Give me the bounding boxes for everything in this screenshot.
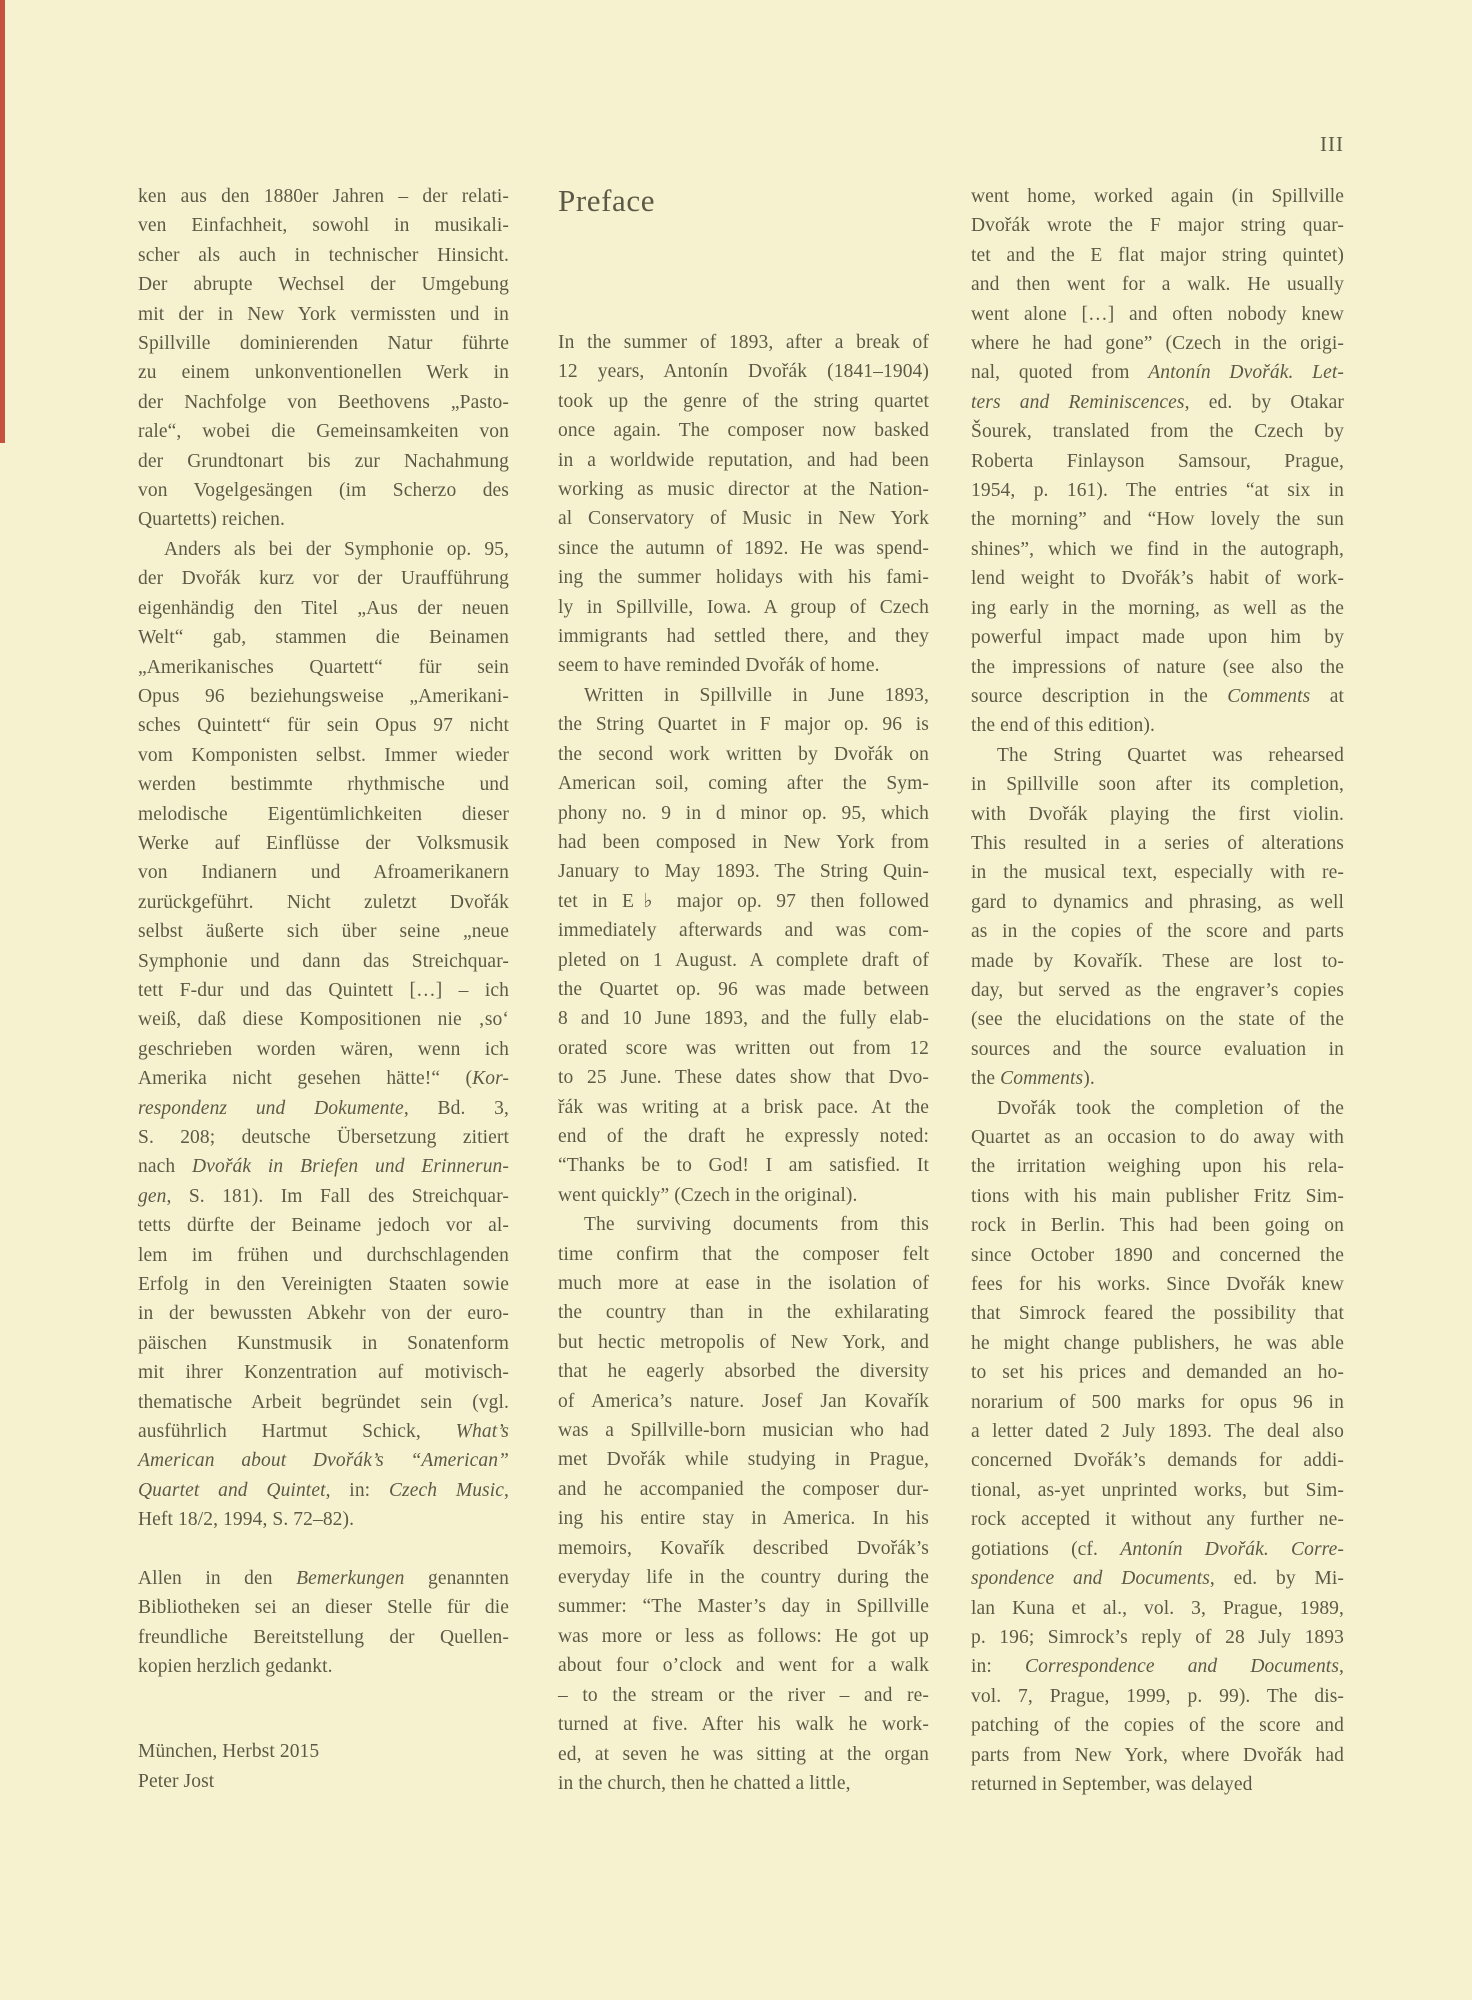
text-segment: al Conservatory of Music in New York [558, 508, 929, 529]
text-line: tions with his main publisher Fritz Sim- [971, 1182, 1344, 1211]
text-segment: parts from New York, where Dvořák had [971, 1745, 1344, 1766]
text-line: Welt“ gab, stammen die Beinamen [138, 623, 509, 652]
text-line: gen, S. 181). Im Fall des Streichquar- [138, 1182, 509, 1211]
text-segment: Der abrupte Wechsel der Umgebung [138, 274, 509, 295]
text-line: al Conservatory of Music in New York [558, 504, 929, 533]
text-segment: made by Kovařík. These are lost to- [971, 951, 1344, 972]
text-segment: Peter Jost [138, 1771, 214, 1792]
text-line: Werke auf Einflüsse der Volksmusik [138, 829, 509, 858]
text-segment: gotiations (cf. [971, 1539, 1120, 1560]
text-line: “Thanks be to God! I am satisfied. It [558, 1151, 929, 1180]
text-line: geschrieben worden wären, wenn ich [138, 1035, 509, 1064]
text-line: in a worldwide reputation, and had been [558, 446, 929, 475]
text-segment: rock accepted it without any further ne- [971, 1509, 1344, 1530]
text-line: with Dvořák playing the first violin. [971, 800, 1344, 829]
text-line: Heft 18/2, 1994, S. 72–82). [138, 1505, 509, 1534]
text-line: source description in the Comments at [971, 682, 1344, 711]
text-line: The surviving documents from this [558, 1210, 929, 1239]
text-segment: immediately afterwards and was com- [558, 920, 929, 941]
text-segment: orated score was written out from 12 [558, 1038, 929, 1059]
text-segment: Spillville dominierenden Natur führte [138, 333, 509, 354]
text-line: Roberta Finlayson Samsour, Prague, [971, 447, 1344, 476]
text-line: Šourek, translated from the Czech by [971, 417, 1344, 446]
text-line: rock in Berlin. This had been going on [971, 1211, 1344, 1240]
text-segment: patching of the copies of the score and [971, 1715, 1344, 1736]
text-segment: was more or less as follows: He got up [558, 1626, 929, 1647]
text-segment: in the musical text, especially with re- [971, 862, 1344, 883]
text-line: freundliche Bereitstellung der Quellen- [138, 1623, 509, 1652]
text-line: tional, as-yet unprinted works, but Sim- [971, 1476, 1344, 1505]
text-line: was more or less as follows: He got up [558, 1622, 929, 1651]
text-segment: lend weight to Dvořák’s habit of work- [971, 568, 1344, 589]
text-segment: Opus 96 beziehungsweise „Amerikani- [138, 686, 509, 707]
text-line: he might change publishers, he was able [971, 1329, 1344, 1358]
text-segment: memoirs, Kovařík described Dvořák’s [558, 1538, 929, 1559]
text-line: ken aus den 1880er Jahren – der relati- [138, 182, 509, 211]
text-line: vom Komponisten selbst. Immer wieder [138, 741, 509, 770]
text-line: ing his entire stay in America. In his [558, 1504, 929, 1533]
scan-edge-artifact [0, 0, 5, 443]
text-segment: the end of this edition). [971, 715, 1155, 736]
text-segment: tional, as-yet unprinted works, but Sim- [971, 1480, 1344, 1501]
text-segment: zurückgeführt. Nicht zuletzt Dvořák [138, 892, 509, 913]
text-segment: everyday life in the country during the [558, 1567, 929, 1588]
text-line: to 25 June. These dates show that Dvo- [558, 1063, 929, 1092]
text-line: Dvořák took the completion of the [971, 1094, 1344, 1123]
text-segment: spondence and Documents [971, 1568, 1210, 1589]
text-segment: tet and the E flat major string quintet) [971, 245, 1344, 266]
text-line: that he eagerly absorbed the diversity [558, 1357, 929, 1386]
text-line: The String Quartet was rehearsed [971, 741, 1344, 770]
text-line: This resulted in a series of alterations [971, 829, 1344, 858]
text-line: lan Kuna et al., vol. 3, Prague, 1989, [971, 1594, 1344, 1623]
text-line: spondence and Documents, ed. by Mi- [971, 1564, 1344, 1593]
text-line: but hectic metropolis of New York, and [558, 1328, 929, 1357]
text-line: tet and the E flat major string quintet) [971, 241, 1344, 270]
text-line: January to May 1893. The String Quin- [558, 857, 929, 886]
text-segment: norarium of 500 marks for opus 96 in [971, 1392, 1344, 1413]
text-line: of America’s nature. Josef Jan Kovařík [558, 1387, 929, 1416]
text-segment: Anders als bei der Symphonie op. 95, [164, 539, 509, 560]
text-line: mit der in New York vermissten und in [138, 300, 509, 329]
text-line: went home, worked again (in Spillville [971, 182, 1344, 211]
text-segment: to set his prices and demanded an ho- [971, 1362, 1344, 1383]
text-segment: nal, quoted from [971, 362, 1148, 383]
text-line: orated score was written out from 12 [558, 1034, 929, 1063]
text-segment: the [971, 1068, 1000, 1089]
english-text-block-1: In the summer of 1893, after a break of1… [558, 328, 929, 1798]
text-line: much more at ease in the isolation of [558, 1269, 929, 1298]
text-line: 12 years, Antonín Dvořák (1841–1904) [558, 357, 929, 386]
text-segment: that Simrock feared the possibility that [971, 1303, 1344, 1324]
text-segment: took up the genre of the string quartet [558, 391, 929, 412]
text-line: phony no. 9 in d minor op. 95, which [558, 799, 929, 828]
text-segment: and then went for a walk. He usually [971, 274, 1344, 295]
text-line: mit ihrer Konzentration auf motivisch- [138, 1358, 509, 1387]
text-line: sches Quintett“ für sein Opus 97 nicht [138, 711, 509, 740]
text-line: Dvořák wrote the F major string quar- [971, 211, 1344, 240]
text-segment: as in the copies of the score and parts [971, 921, 1344, 942]
text-segment: Comments [1227, 686, 1310, 707]
text-segment: von Indianern und Afroamerikanern [138, 862, 509, 883]
text-segment: , [504, 1480, 509, 1501]
text-line: selbst äußerte sich über seine „neue [138, 917, 509, 946]
text-line: memoirs, Kovařík described Dvořák’s [558, 1534, 929, 1563]
text-segment: went alone […] and often nobody knew [971, 304, 1344, 325]
text-segment: , S. 181). Im Fall des Streichquar- [166, 1186, 509, 1207]
text-segment: tett F-dur und das Quintett […] – ich [138, 980, 509, 1001]
text-segment: nach [138, 1156, 192, 1177]
text-line: „Amerikanisches Quartett“ für sein [138, 653, 509, 682]
text-segment: tetts dürfte der Beiname jedoch vor al- [138, 1215, 509, 1236]
text-segment: January to May 1893. The String Quin- [558, 861, 929, 882]
text-segment: Dvořák took the completion of the [997, 1098, 1344, 1119]
text-segment: summer: “The Master’s day in Spillville [558, 1596, 929, 1617]
text-line: weiß, daß diese Kompositionen nie ‚so‘ [138, 1005, 509, 1034]
text-line: rock accepted it without any further ne- [971, 1505, 1344, 1534]
text-line: and then went for a walk. He usually [971, 270, 1344, 299]
text-line: summer: “The Master’s day in Spillville [558, 1592, 929, 1621]
text-line: kopien herzlich gedankt. [138, 1652, 509, 1681]
text-line: in the church, then he chatted a little, [558, 1769, 929, 1798]
text-line: a letter dated 2 July 1893. The deal als… [971, 1417, 1344, 1446]
text-segment: Antonín Dvořák. Let- [1148, 362, 1344, 383]
text-segment: ters and Reminiscences [971, 392, 1185, 413]
text-segment: the morning” and “How lovely the sun [971, 509, 1344, 530]
text-line: München, Herbst 2015 [138, 1737, 509, 1766]
text-segment: The surviving documents from this [584, 1214, 929, 1235]
text-line: fees for his works. Since Dvořák knew [971, 1270, 1344, 1299]
text-segment: he might change publishers, he was able [971, 1333, 1344, 1354]
text-segment: gard to dynamics and phrasing, as well [971, 892, 1344, 913]
text-line: ters and Reminiscences, ed. by Otakar [971, 388, 1344, 417]
text-segment: S. 208; deutsche Übersetzung zitiert [138, 1127, 509, 1148]
text-segment: at [1310, 686, 1344, 707]
text-segment: mit ihrer Konzentration auf motivisch- [138, 1362, 509, 1383]
text-segment: Allen in den [138, 1568, 296, 1589]
text-segment: in the church, then he chatted a little, [558, 1773, 851, 1794]
text-segment: , [1339, 1656, 1344, 1677]
text-segment: respondenz und Dokumente [138, 1098, 404, 1119]
text-segment: What’s [456, 1421, 509, 1442]
text-segment: about four o’clock and went for a walk [558, 1655, 929, 1676]
text-segment: shines”, which we find in the autograph, [971, 539, 1344, 560]
text-line: sources and the source evaluation in [971, 1035, 1344, 1064]
text-segment: (see the elucidations on the state of th… [971, 1009, 1344, 1030]
text-segment: der Dvořák kurz vor der Uraufführung [138, 568, 509, 589]
text-segment: Welt“ gab, stammen die Beinamen [138, 627, 509, 648]
text-segment: ing his entire stay in America. In his [558, 1508, 929, 1529]
text-line: In the summer of 1893, after a break of [558, 328, 929, 357]
preface-heading: Preface [558, 182, 929, 220]
text-line: had been composed in New York from [558, 828, 929, 857]
text-segment: “Thanks be to God! I am satisfied. It [558, 1155, 929, 1176]
text-segment: rock in Berlin. This had been going on [971, 1215, 1344, 1236]
text-segment: sches Quintett“ für sein Opus 97 nicht [138, 715, 509, 736]
text-segment: zu einem unkonventionellen Werk in [138, 362, 509, 383]
text-line: nach Dvořák in Briefen und Erinnerun- [138, 1152, 509, 1181]
text-segment: a letter dated 2 July 1893. The deal als… [971, 1421, 1344, 1442]
text-segment: p. 196; Simrock’s reply of 28 July 1893 [971, 1627, 1344, 1648]
text-segment: Written in Spillville in June 1893, [584, 685, 929, 706]
text-segment: , ed. by Otakar [1185, 392, 1344, 413]
page-number: III [1244, 132, 1344, 157]
text-segment: went home, worked again (in Spillville [971, 186, 1344, 207]
text-segment: sources and the source evaluation in [971, 1039, 1344, 1060]
text-line: lem im frühen und durchschlagenden [138, 1241, 509, 1270]
text-segment: , in: [326, 1480, 389, 1501]
text-line: end of the draft he expressly noted: [558, 1122, 929, 1151]
text-line: – to the stream or the river – and re- [558, 1681, 929, 1710]
text-line: Quartetts) reichen. [138, 505, 509, 534]
text-segment: immigrants had settled there, and they [558, 626, 929, 647]
text-segment: Antonín Dvořák. Corre- [1120, 1539, 1344, 1560]
text-segment: fees for his works. Since Dvořák knew [971, 1274, 1344, 1295]
text-line: about four o’clock and went for a walk [558, 1651, 929, 1680]
text-segment: mit der in New York vermissten und in [138, 304, 509, 325]
text-line: päischen Kunstmusik in Sonatenform [138, 1329, 509, 1358]
text-segment: Dvořák in Briefen und Erinnerun- [192, 1156, 509, 1177]
text-line: and he accompanied the composer dur- [558, 1475, 929, 1504]
text-segment: ausführlich Hartmut Schick, [138, 1421, 456, 1442]
text-line: met Dvořák while studying in Prague, [558, 1445, 929, 1474]
text-line: immigrants had settled there, and they [558, 622, 929, 651]
text-line: ing the summer holidays with his fami- [558, 563, 929, 592]
text-line: Opus 96 beziehungsweise „Amerikani- [138, 682, 509, 711]
text-segment: Amerika nicht gesehen hätte!“ ( [138, 1068, 472, 1089]
text-segment: Comments [1000, 1068, 1083, 1089]
text-line: the impressions of nature (see also the [971, 653, 1344, 682]
text-line: ven Einfachheit, sowohl in musikali- [138, 211, 509, 240]
text-line: was a Spillville-born musician who had [558, 1416, 929, 1445]
text-line: Quartet and Quintet, in: Czech Music, [138, 1476, 509, 1505]
text-segment: , Bd. 3, [404, 1098, 509, 1119]
text-segment: the String Quartet in F major op. 96 is [558, 714, 929, 735]
text-segment: Roberta Finlayson Samsour, Prague, [971, 451, 1344, 472]
text-segment: ). [1083, 1068, 1095, 1089]
text-segment: end of the draft he expressly noted: [558, 1126, 929, 1147]
text-segment: went quickly” (Czech in the original). [558, 1185, 857, 1206]
text-segment: much more at ease in the isolation of [558, 1273, 929, 1294]
text-line: in Spillville soon after its completion, [971, 770, 1344, 799]
text-line: since the autumn of 1892. He was spend- [558, 534, 929, 563]
text-line: norarium of 500 marks for opus 96 in [971, 1388, 1344, 1417]
text-segment: in a worldwide reputation, and had been [558, 450, 929, 471]
text-segment: freundliche Bereitstellung der Quellen- [138, 1627, 509, 1648]
text-segment: 1954, p. 161). The entries “at six in [971, 480, 1344, 501]
text-line: Spillville dominierenden Natur führte [138, 329, 509, 358]
text-line: ausführlich Hartmut Schick, What’s [138, 1417, 509, 1446]
text-line: where he had gone” (Czech in the origi- [971, 329, 1344, 358]
text-segment: „Amerikanisches Quartett“ für sein [138, 657, 509, 678]
text-segment: Heft 18/2, 1994, S. 72–82). [138, 1509, 354, 1530]
text-segment: Bemerkungen [296, 1568, 404, 1589]
text-segment: in: [971, 1656, 1025, 1677]
english-preface-column-1: Preface In the summer of 1893, after a b… [558, 182, 929, 1798]
text-segment: returned in September, was delayed [971, 1774, 1252, 1795]
text-line: Bibliotheken sei an dieser Stelle für di… [138, 1593, 509, 1622]
text-segment: der Nachfolge von Beethovens „Pasto- [138, 392, 509, 413]
text-line: 8 and 10 June 1893, and the fully elab- [558, 1004, 929, 1033]
text-line: Anders als bei der Symphonie op. 95, [138, 535, 509, 564]
text-line: thematische Arbeit begründet sein (vgl. [138, 1388, 509, 1417]
text-line: tetts dürfte der Beiname jedoch vor al- [138, 1211, 509, 1240]
text-segment: American soil, coming after the Sym- [558, 773, 929, 794]
text-segment: Symphonie und dann das Streichquar- [138, 951, 509, 972]
text-line: Erfolg in den Vereinigten Staaten sowie [138, 1270, 509, 1299]
text-line: in: Correspondence and Documents, [971, 1652, 1344, 1681]
text-segment: with Dvořák playing the first violin. [971, 804, 1344, 825]
text-line: as in the copies of the score and parts [971, 917, 1344, 946]
text-line: vol. 7, Prague, 1999, p. 99). The dis- [971, 1682, 1344, 1711]
text-line: to set his prices and demanded an ho- [971, 1358, 1344, 1387]
text-segment: American about Dvořák’s “American” [138, 1450, 509, 1471]
text-segment: rale“, wobei die Gemeinsamkeiten von [138, 421, 509, 442]
text-segment: day, but served as the engraver’s copies [971, 980, 1344, 1001]
text-line: Written in Spillville in June 1893, [558, 681, 929, 710]
text-line: the morning” and “How lovely the sun [971, 505, 1344, 534]
text-segment: This resulted in a series of alterations [971, 833, 1344, 854]
text-segment: pleted on 1 August. A complete draft of [558, 950, 929, 971]
text-line: tett F-dur und das Quintett […] – ich [138, 976, 509, 1005]
text-line: the Quartet op. 96 was made between [558, 975, 929, 1004]
text-line: Peter Jost [138, 1767, 509, 1796]
text-line: p. 196; Simrock’s reply of 28 July 1893 [971, 1623, 1344, 1652]
text-line: melodische Eigentümlichkeiten dieser [138, 800, 509, 829]
text-line: ly in Spillville, Iowa. A group of Czech [558, 593, 929, 622]
text-segment: working as music director at the Nation- [558, 479, 929, 500]
text-segment: source description in the [971, 686, 1227, 707]
text-line: werden bestimmte rhythmische und [138, 770, 509, 799]
text-line: ing early in the morning, as well as the [971, 594, 1344, 623]
text-segment: Correspondence and Documents [1025, 1656, 1339, 1677]
text-segment: Bibliotheken sei an dieser Stelle für di… [138, 1597, 509, 1618]
text-line: tet in E♭ major op. 97 then followed [558, 887, 929, 916]
text-segment: the second work written by Dvořák on [558, 744, 929, 765]
text-line: der Grundtonart bis zur Nachahmung [138, 447, 509, 476]
text-segment: genannten [404, 1568, 509, 1589]
text-segment: Šourek, translated from the Czech by [971, 421, 1344, 442]
text-segment: eigenhändig den Titel „Aus der neuen [138, 598, 509, 619]
text-segment: weiß, daß diese Kompositionen nie ‚so‘ [138, 1009, 509, 1030]
text-segment: thematische Arbeit begründet sein (vgl. [138, 1392, 509, 1413]
text-segment: – to the stream or the river – and re- [558, 1685, 929, 1706]
text-segment: Kor- [472, 1068, 509, 1089]
text-line: in the musical text, especially with re- [971, 858, 1344, 887]
text-line: gard to dynamics and phrasing, as well [971, 888, 1344, 917]
text-segment: seem to have reminded Dvořák of home. [558, 655, 880, 676]
text-segment: met Dvořák while studying in Prague, [558, 1449, 929, 1470]
text-segment: von Vogelgesängen (im Scherzo des [138, 480, 509, 501]
text-segment: time confirm that the composer felt [558, 1244, 929, 1265]
text-line: returned in September, was delayed [971, 1770, 1344, 1799]
text-segment: tions with his main publisher Fritz Sim- [971, 1186, 1344, 1207]
text-segment: Werke auf Einflüsse der Volksmusik [138, 833, 509, 854]
text-line: der Nachfolge von Beethovens „Pasto- [138, 388, 509, 417]
text-segment: ing early in the morning, as well as the [971, 598, 1344, 619]
text-line: concerned Dvořák’s demands for addi- [971, 1446, 1344, 1475]
text-line: once again. The composer now basked [558, 416, 929, 445]
text-line: řák was writing at a brisk pace. At the [558, 1093, 929, 1122]
text-segment: turned at five. After his walk he work- [558, 1714, 929, 1735]
text-segment: Quartet as an occasion to do away with [971, 1127, 1344, 1148]
text-segment: melodische Eigentümlichkeiten dieser [138, 804, 509, 825]
text-line: Allen in den Bemerkungen genannten [138, 1564, 509, 1593]
text-line: the Comments). [971, 1064, 1344, 1093]
text-segment: vom Komponisten selbst. Immer wieder [138, 745, 509, 766]
text-segment: Dvořák wrote the F major string quar- [971, 215, 1344, 236]
text-segment: Quartet and Quintet [138, 1480, 326, 1501]
text-line: Symphonie und dann das Streichquar- [138, 947, 509, 976]
text-segment: since October 1890 and concerned the [971, 1245, 1344, 1266]
text-line: time confirm that the composer felt [558, 1240, 929, 1269]
text-line: turned at five. After his walk he work- [558, 1710, 929, 1739]
text-segment: gen [138, 1186, 166, 1207]
text-line: Quartet as an occasion to do away with [971, 1123, 1344, 1152]
text-line: gotiations (cf. Antonín Dvořák. Corre- [971, 1535, 1344, 1564]
text-line: (see the elucidations on the state of th… [971, 1005, 1344, 1034]
text-segment: of America’s nature. Josef Jan Kovařík [558, 1391, 929, 1412]
text-line: the String Quartet in F major op. 96 is [558, 710, 929, 739]
text-segment: 12 years, Antonín Dvořák (1841–1904) [558, 361, 929, 382]
text-segment: lan Kuna et al., vol. 3, Prague, 1989, [971, 1598, 1344, 1619]
text-segment: once again. The composer now basked [558, 420, 929, 441]
text-line: American about Dvořák’s “American” [138, 1446, 509, 1475]
text-line: der Dvořák kurz vor der Uraufführung [138, 564, 509, 593]
german-preface-column: ken aus den 1880er Jahren – der relati-v… [138, 182, 509, 1796]
text-line: working as music director at the Nation- [558, 475, 929, 504]
text-segment: päischen Kunstmusik in Sonatenform [138, 1333, 509, 1354]
text-line: Amerika nicht gesehen hätte!“ (Kor- [138, 1064, 509, 1093]
text-segment: vol. 7, Prague, 1999, p. 99). The dis- [971, 1686, 1344, 1707]
text-segment: since the autumn of 1892. He was spend- [558, 538, 929, 559]
text-segment: ly in Spillville, Iowa. A group of Czech [558, 597, 929, 618]
text-line: von Vogelgesängen (im Scherzo des [138, 476, 509, 505]
text-line: pleted on 1 August. A complete draft of [558, 946, 929, 975]
text-line: rale“, wobei die Gemeinsamkeiten von [138, 417, 509, 446]
text-segment: powerful impact made upon him by [971, 627, 1344, 648]
text-segment: in der bewussten Abkehr von der euro- [138, 1303, 509, 1324]
text-segment: München, Herbst 2015 [138, 1741, 319, 1762]
text-segment: selbst äußerte sich über seine „neue [138, 921, 509, 942]
text-segment: der Grundtonart bis zur Nachahmung [138, 451, 509, 472]
text-segment: werden bestimmte rhythmische und [138, 774, 509, 795]
text-line: took up the genre of the string quartet [558, 387, 929, 416]
english-preface-column-2: went home, worked again (in SpillvilleDv… [971, 182, 1344, 1799]
text-segment: kopien herzlich gedankt. [138, 1656, 333, 1677]
text-line: Der abrupte Wechsel der Umgebung [138, 270, 509, 299]
text-line: the second work written by Dvořák on [558, 740, 929, 769]
text-segment: to 25 June. These dates show that Dvo- [558, 1067, 929, 1088]
text-line: the end of this edition). [971, 711, 1344, 740]
text-line: S. 208; deutsche Übersetzung zitiert [138, 1123, 509, 1152]
text-line: in der bewussten Abkehr von der euro- [138, 1299, 509, 1328]
text-line: scher als auch in technischer Hinsicht. [138, 241, 509, 270]
text-line: made by Kovařík. These are lost to- [971, 947, 1344, 976]
text-line: went quickly” (Czech in the original). [558, 1181, 929, 1210]
text-segment: lem im frühen und durchschlagenden [138, 1245, 509, 1266]
text-segment: geschrieben worden wären, wenn ich [138, 1039, 509, 1060]
text-line: von Indianern und Afroamerikanern [138, 858, 509, 887]
text-line: powerful impact made upon him by [971, 623, 1344, 652]
text-line: immediately afterwards and was com- [558, 916, 929, 945]
text-segment: Erfolg in den Vereinigten Staaten sowie [138, 1274, 509, 1295]
text-segment: the irritation weighing upon his rela- [971, 1156, 1344, 1177]
text-line: nal, quoted from Antonín Dvořák. Let- [971, 358, 1344, 387]
text-segment: ing the summer holidays with his fami- [558, 567, 929, 588]
text-line: parts from New York, where Dvořák had [971, 1741, 1344, 1770]
text-line: zurückgeführt. Nicht zuletzt Dvořák [138, 888, 509, 917]
